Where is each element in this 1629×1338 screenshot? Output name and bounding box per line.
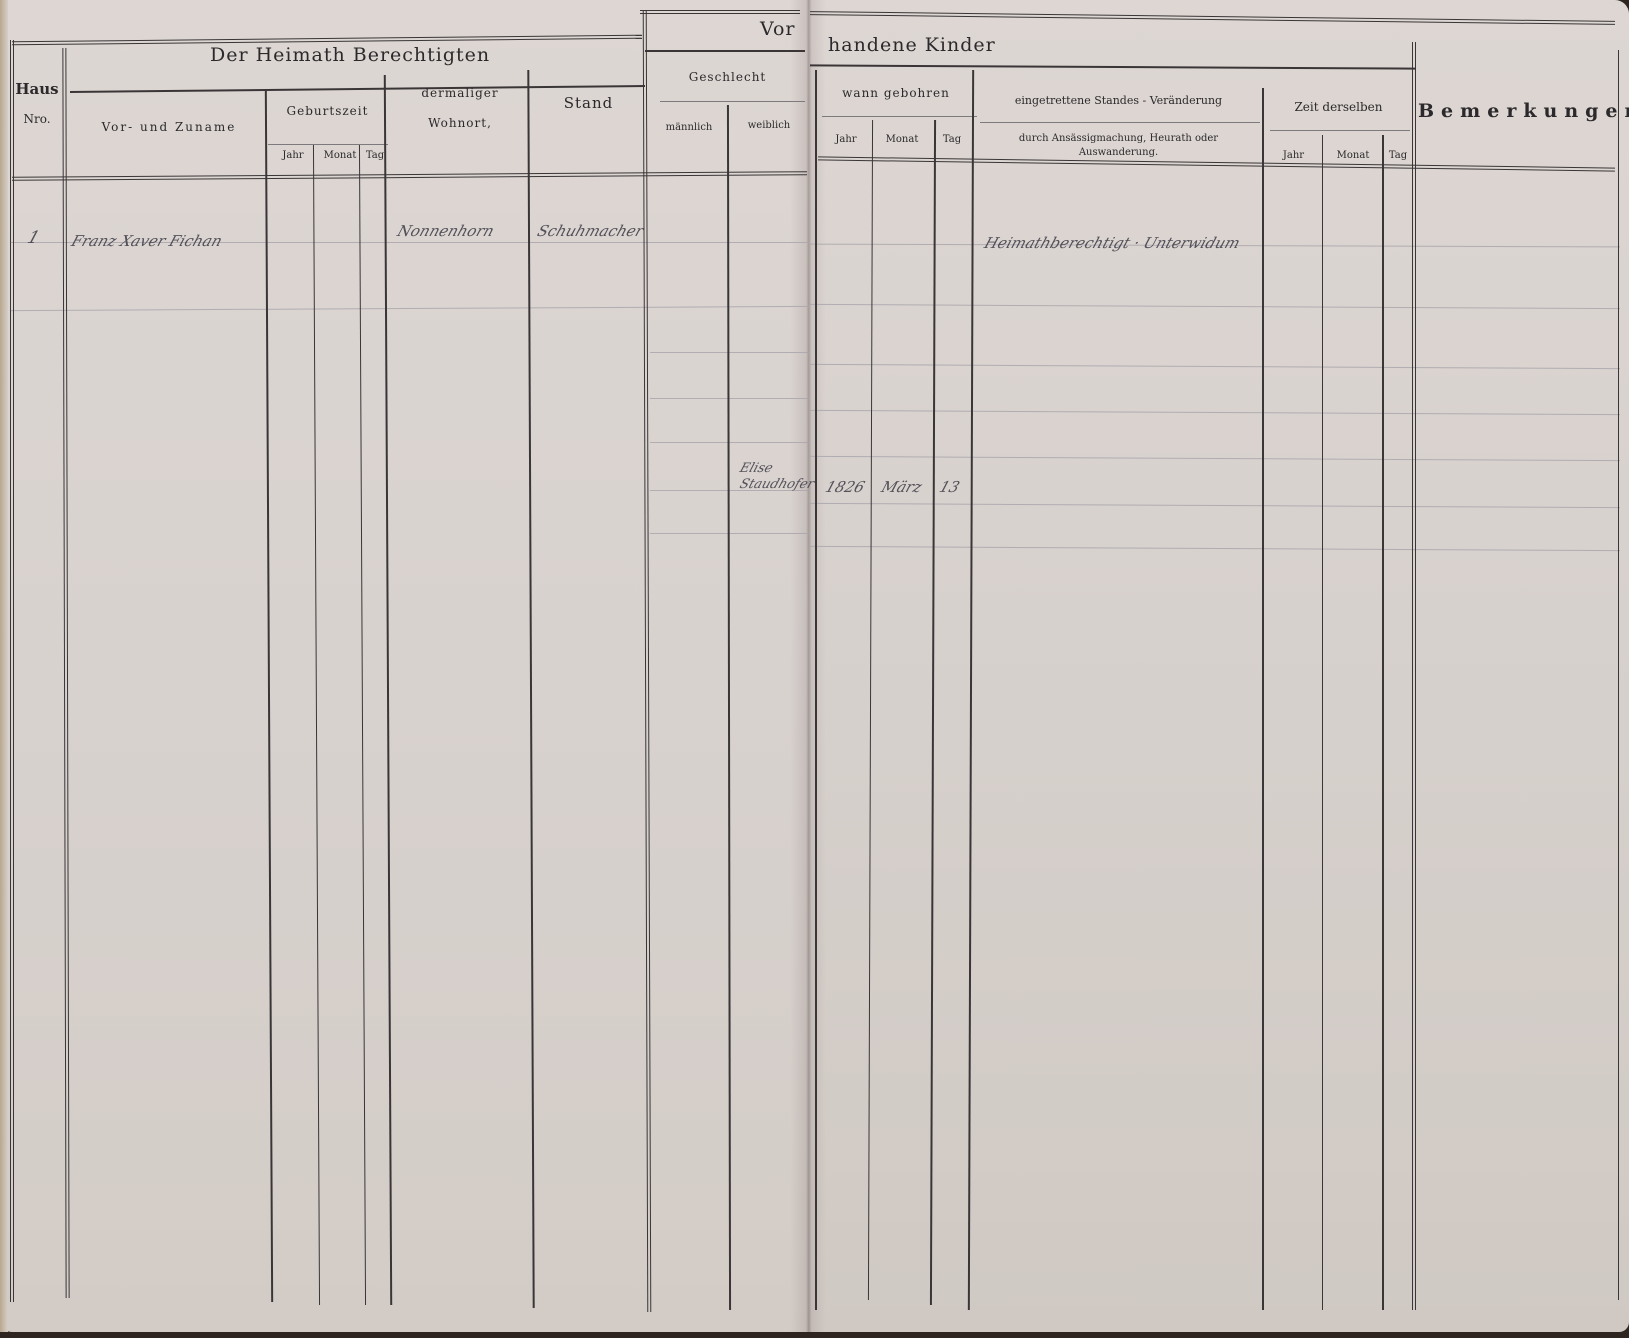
geburtszeit-sub-divider — [268, 144, 388, 145]
col-header-kind-tag: Tag — [934, 134, 970, 145]
entry-child-firstname: Elise — [738, 462, 775, 476]
row-rule — [650, 352, 810, 353]
col-header-zeit-tag: Tag — [1384, 150, 1412, 161]
title-vor: Vor — [760, 18, 796, 40]
entry-child-surname: Staudhofer — [738, 478, 816, 492]
col-header-bemerkungen: Bemerkungen. — [1418, 100, 1618, 122]
col-header-kind-jahr: Jahr — [822, 134, 870, 145]
col-header-geburt-jahr: Jahr — [270, 150, 316, 161]
col-divider-zeit-jahr — [1322, 135, 1323, 1310]
col-divider-zeit — [1412, 42, 1416, 1310]
entry-wohnort: Nonnenhorn — [395, 222, 496, 240]
title-handene-kinder: handene Kinder — [828, 34, 996, 56]
border-left — [10, 40, 14, 1302]
left-page — [0, 0, 810, 1332]
col-header-veraenderung-detail: durch Ansässigmachung, Heurath oder Ausw… — [985, 132, 1252, 160]
veraenderung-sub-divider — [980, 122, 1260, 123]
col-header-name: Vor- und Zuname — [70, 120, 268, 134]
col-header-geschlecht: Geschlecht — [650, 70, 805, 84]
col-header-weiblich: weiblich — [730, 120, 808, 131]
col-header-dermaliger: dermaliger — [390, 86, 530, 100]
entry-child-birth-year: 1826 — [823, 478, 867, 496]
entry-standes-veraenderung: Heimathberechtigt · Unterwidum — [982, 234, 1242, 252]
row-rule — [650, 398, 810, 399]
header-divider-vor — [645, 50, 805, 52]
entry-name: Franz Xaver Fichan — [69, 232, 224, 250]
col-divider-zeit-monat — [1382, 135, 1384, 1310]
col-header-kind-monat: Monat — [872, 134, 932, 145]
entry-child-birth-month: März — [879, 478, 924, 496]
col-header-geburt-monat: Monat — [318, 150, 362, 161]
book-gutter — [790, 0, 826, 1332]
col-header-nro: Nro. — [12, 112, 62, 126]
col-header-haus: Haus — [12, 80, 62, 98]
col-header-zeit-monat: Monat — [1324, 150, 1382, 161]
entry-stand: Schuhmacher — [535, 222, 646, 240]
col-header-maennlich: männlich — [650, 122, 728, 133]
right-page — [806, 0, 1629, 1332]
gebohren-sub-divider — [822, 116, 977, 117]
col-header-wohnort: Wohnort, — [390, 116, 530, 130]
row-rule — [650, 442, 810, 443]
col-header-geburt-tag: Tag — [363, 150, 387, 161]
row-rule — [650, 533, 810, 534]
title-heimath-berechtigten: Der Heimath Berechtigten — [210, 44, 490, 66]
geschlecht-sub-divider — [660, 101, 805, 102]
col-header-standes-veraenderung: eingetrettene Standes - Veränderung — [975, 94, 1262, 107]
top-border-left-b — [640, 10, 800, 14]
col-header-stand: Stand — [532, 94, 645, 112]
border-right — [1618, 50, 1619, 1300]
zeit-sub-divider — [1270, 130, 1410, 131]
col-header-geburtszeit: Geburtszeit — [270, 104, 385, 118]
page-edge — [0, 0, 8, 1332]
col-divider-veraenderung — [1262, 88, 1264, 1310]
col-header-zeit-derselben: Zeit derselben — [1265, 100, 1412, 114]
col-divider-gutter — [815, 70, 817, 1310]
col-header-wann-gebohren: wann gebohren — [822, 86, 970, 100]
col-header-zeit-jahr: Jahr — [1265, 150, 1322, 161]
